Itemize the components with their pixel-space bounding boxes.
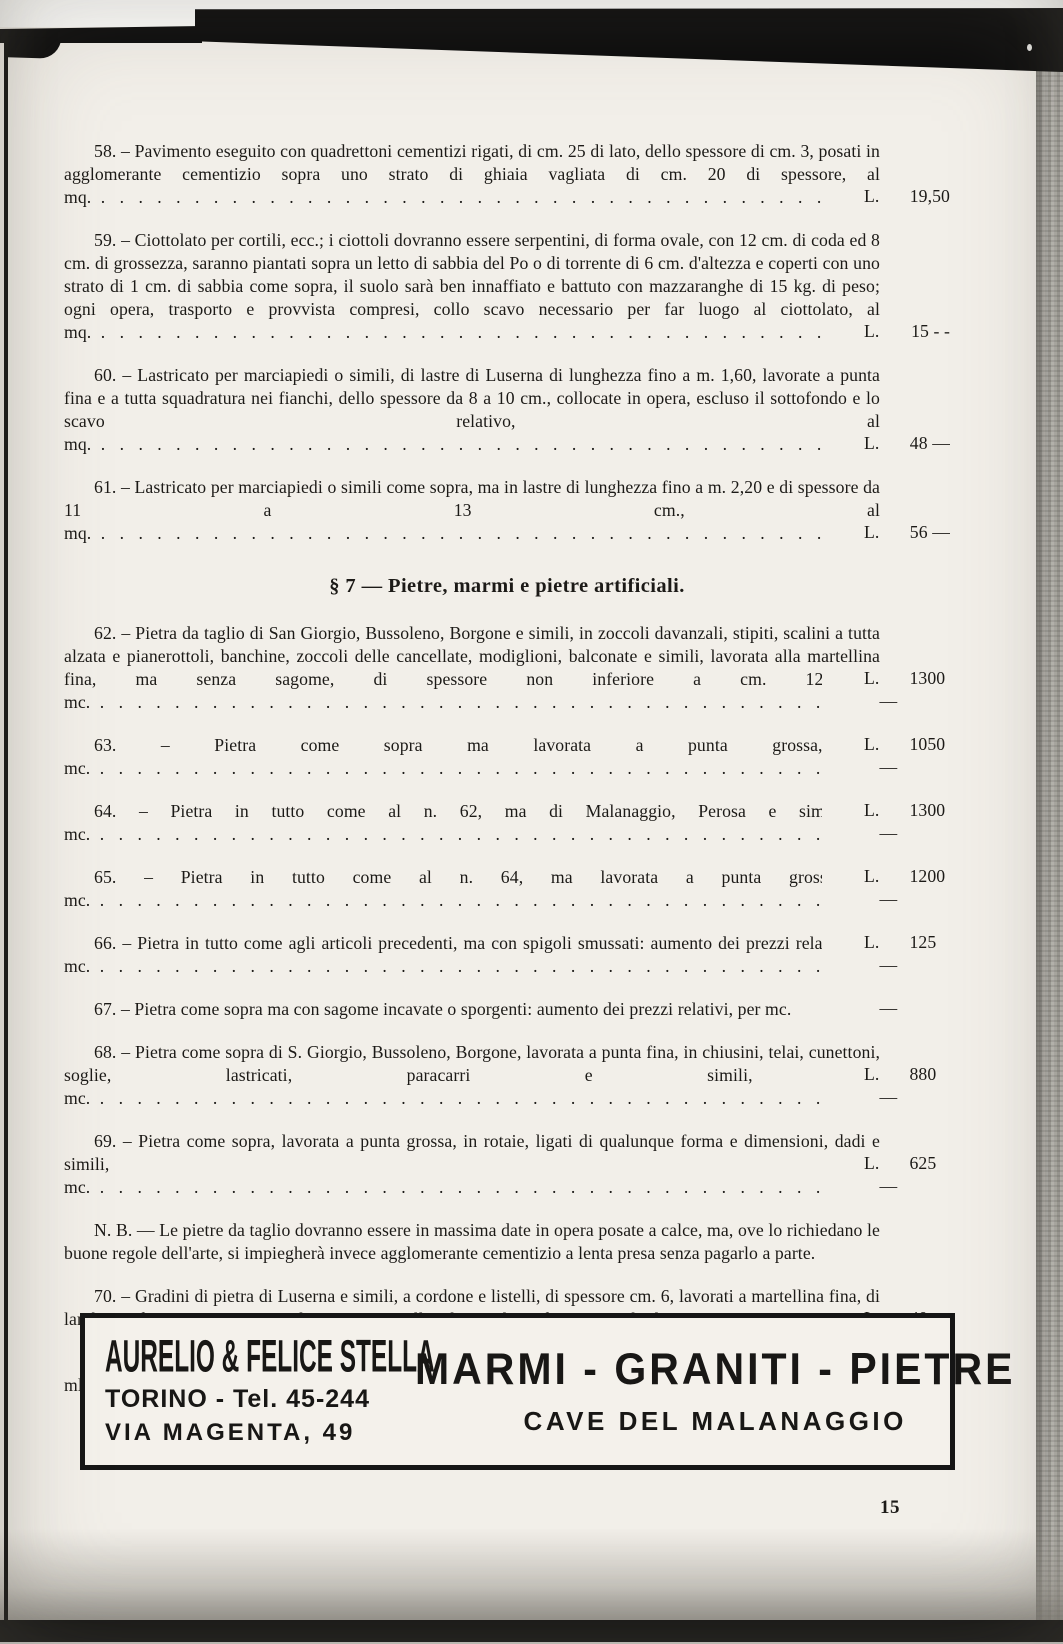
ad-subheadline: CAVE DEL MALANAGGIO	[415, 1406, 1015, 1437]
currency-label: L.	[834, 432, 879, 455]
price-amount: 1050 —	[879, 734, 950, 779]
price-list-item: 65. – Pietra in tutto come al n. 64, ma …	[64, 866, 950, 912]
price-list-item: 62. – Pietra da taglio di San Giorgio, B…	[64, 622, 950, 714]
item-number: 62.	[94, 623, 121, 643]
ad-company-name: AURELIO & FELICE STELLA	[105, 1331, 310, 1382]
item-price: L. 48 —	[822, 432, 950, 455]
price-list-item: 59. – Ciottolato per cortili, ecc.; i ci…	[64, 229, 950, 344]
price-list-item: 61. – Lastricato per marciapiedi o simil…	[64, 476, 950, 545]
scanned-page: 58. – Pavimento eseguito con quadrettoni…	[0, 0, 1063, 1644]
price-list: 58. – Pavimento eseguito con quadrettoni…	[64, 140, 950, 1417]
price-amount: 15 - -	[881, 320, 950, 343]
ad-headline: MARMI - GRANITI - PIETRE	[415, 1344, 1015, 1395]
price-amount: 48 —	[880, 432, 950, 455]
scan-left-edge-line	[4, 30, 8, 1634]
price-amount: 56 —	[880, 521, 950, 544]
scan-bottom-black-bar	[0, 1620, 1063, 1642]
price-amount: 1300 —	[879, 667, 950, 713]
ad-box: AURELIO & FELICE STELLA TORINO - Tel. 45…	[80, 1313, 955, 1470]
ad-left-column: AURELIO & FELICE STELLA TORINO - Tel. 45…	[85, 1336, 415, 1447]
item-price: L. 300 —	[822, 998, 950, 1020]
item-price: L. 1200 —	[822, 866, 950, 911]
scan-right-edge	[1036, 0, 1063, 1644]
price-list-item: 63. – Pietra come sopra ma lavorata a pu…	[64, 734, 950, 780]
currency-label: L.	[834, 866, 879, 888]
currency-label: L.	[834, 1063, 879, 1086]
item-price: L. 625 —	[822, 1152, 950, 1198]
scan-dust-speck	[1027, 44, 1032, 51]
item-number: 59.	[94, 230, 121, 250]
ad-right-column: MARMI - GRANITI - PIETRE CAVE DEL MALANA…	[415, 1346, 1029, 1437]
item-price: L. 1300 —	[822, 667, 950, 713]
item-number: 65.	[94, 867, 144, 887]
price-list-item: 68. – Pietra come sopra di S. Giorgio, B…	[64, 1041, 950, 1110]
currency-label: L.	[834, 521, 879, 544]
price-amount: 300 —	[879, 998, 950, 1020]
price-list-item: 67. – Pietra come sopra ma con sagome in…	[64, 998, 950, 1021]
price-list-item: 64. – Pietra in tutto come al n. 62, ma …	[64, 800, 950, 846]
currency-label: L.	[834, 667, 879, 690]
section-header: § 7 — Pietre, marmi e pietre artificiali…	[64, 575, 950, 598]
item-number: 64.	[94, 801, 139, 821]
item-price: L. 56 —	[822, 521, 950, 544]
price-list-item: 66. – Pietra in tutto come agli articoli…	[64, 932, 950, 978]
price-amount: 1200 —	[879, 866, 950, 911]
currency-label: L.	[834, 800, 879, 822]
currency-label: L.	[834, 320, 879, 343]
item-text: – Pietra come sopra ma con sagome incava…	[121, 999, 791, 1019]
scan-top-black-band	[195, 8, 1063, 72]
page-number: 15	[880, 1497, 900, 1519]
item-number: 67.	[94, 999, 121, 1019]
currency-label: L.	[834, 734, 879, 756]
ad-address: VIA MAGENTA, 49	[105, 1419, 415, 1447]
price-amount: 1300 —	[879, 800, 950, 845]
scan-bottom-shadow	[0, 1528, 1063, 1624]
price-amount: 880 —	[879, 1063, 950, 1109]
item-number: 58.	[94, 141, 121, 161]
item-number: 68.	[94, 1042, 121, 1062]
scan-top-white-corner	[0, 0, 198, 27]
price-list-item: 60. – Lastricato per marciapiedi o simil…	[64, 364, 950, 456]
ad-city-phone: TORINO - Tel. 45-244	[105, 1385, 415, 1414]
price-amount: 125 —	[879, 932, 950, 977]
item-price: L. 19,50	[822, 185, 950, 208]
item-number: 70.	[94, 1286, 121, 1306]
item-number: 60.	[94, 365, 122, 385]
price-list-item: 69. – Pietra come sopra, lavorata a punt…	[64, 1130, 950, 1199]
nb-note: N. B. — Le pietre da taglio dovranno ess…	[64, 1219, 950, 1265]
item-number: 63.	[94, 735, 161, 755]
item-price: L. 15 - -	[822, 320, 950, 343]
item-price: L. 1300 —	[822, 800, 950, 845]
scan-corner-curl	[5, 36, 62, 59]
item-number: 69.	[94, 1131, 123, 1151]
price-list-item: 58. – Pavimento eseguito con quadrettoni…	[64, 140, 950, 209]
currency-label: L.	[834, 185, 879, 208]
item-number: 66.	[94, 933, 122, 953]
item-number: 61.	[94, 477, 121, 497]
currency-label: L.	[834, 932, 879, 954]
item-price: L. 880 —	[822, 1063, 950, 1109]
price-amount: 625 —	[879, 1152, 950, 1198]
item-price: L. 125 —	[822, 932, 950, 977]
currency-label: L.	[834, 1152, 879, 1175]
item-price: L. 1050 —	[822, 734, 950, 779]
price-amount: 19,50	[880, 185, 950, 208]
